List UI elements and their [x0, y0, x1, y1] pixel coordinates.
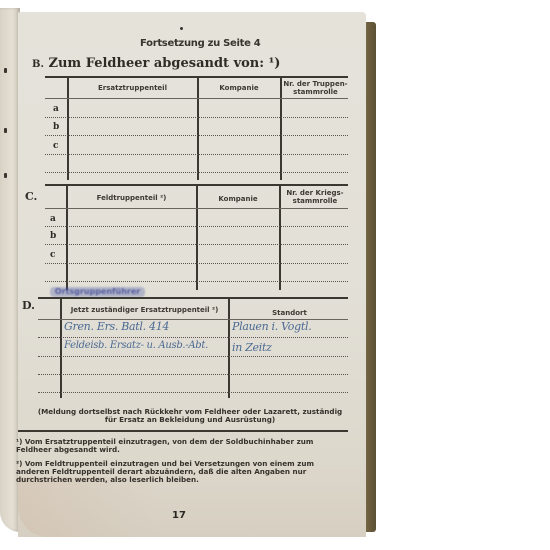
section-d-col-divider — [60, 298, 62, 398]
section-d-col-divider — [228, 298, 230, 398]
section-b-row-line[interactable] — [45, 135, 348, 136]
ink-mark — [4, 68, 7, 73]
section-b-title: B. Zum Feldheer abgesandt von: ¹) — [32, 56, 280, 71]
section-b-letter: B. — [32, 59, 44, 70]
section-b-col-unit: Ersatztruppenteil — [70, 84, 195, 92]
section-c-row-label: b — [50, 231, 56, 241]
ink-mark — [4, 128, 7, 133]
ink-mark — [4, 173, 7, 178]
section-b-row-line[interactable] — [45, 117, 348, 118]
page-number: 17 — [172, 510, 186, 521]
section-c-row-line[interactable] — [45, 244, 348, 245]
handwritten-location: Plauen i. Vogtl. — [232, 320, 311, 333]
section-b-col-divider — [197, 77, 199, 180]
footnote-rule — [18, 430, 348, 432]
continuation-heading: Fortsetzung zu Seite 4 — [140, 38, 260, 49]
section-c-col-divider — [66, 185, 68, 290]
section-d-letter: D. — [22, 299, 35, 312]
section-c-row-line[interactable] — [45, 226, 348, 227]
section-c-col-divider — [196, 185, 198, 290]
section-d-row-line[interactable] — [38, 374, 348, 375]
handwritten-unit: Gren. Ers. Batl. 414 — [64, 320, 169, 333]
ink-stamp: Ortsgruppenführer — [50, 287, 145, 297]
page-dot — [180, 27, 183, 30]
section-b-col-company: Kompanie — [200, 84, 278, 92]
section-c-row-label: a — [50, 214, 56, 224]
section-c-row-label: c — [50, 250, 55, 260]
section-c-row-line[interactable] — [45, 281, 348, 282]
section-c-col-company: Kompanie — [199, 195, 277, 203]
section-b-row-label: b — [53, 122, 59, 132]
section-b-row-line[interactable] — [45, 172, 348, 173]
section-d-top-rule — [38, 297, 348, 299]
section-d-footnote: (Meldung dortselbst nach Rückkehr vom Fe… — [32, 408, 348, 424]
section-b-header-rule — [45, 98, 348, 99]
section-c-header-rule — [45, 208, 348, 209]
section-b-col-divider — [280, 77, 282, 180]
section-d-row-line[interactable] — [38, 392, 348, 393]
handwritten-location: in Zeitz — [232, 341, 272, 354]
section-b-col-roll-number: Nr. der Truppen-stammrolle — [283, 80, 348, 96]
handwritten-unit: Feldeisb. Ersatz- u. Ausb.-Abt. — [64, 340, 208, 351]
section-b-heading: Zum Feldheer abgesandt von: ¹) — [48, 56, 280, 71]
section-d-col-location: Standort — [231, 309, 348, 317]
section-b-row-label: a — [53, 104, 59, 114]
section-c-row-line[interactable] — [45, 263, 348, 264]
section-b-row-label: c — [53, 141, 58, 151]
footnote-1: ¹) Vom Ersatztruppenteil einzutragen, vo… — [16, 438, 346, 454]
section-b-row-line[interactable] — [45, 154, 348, 155]
section-d-col-unit: Jetzt zuständiger Ersatztruppenteil ²) — [63, 306, 226, 314]
footnote-2: ²) Vom Feldtruppenteil einzutragen und b… — [16, 460, 346, 484]
section-c-col-roll-number: Nr. der Kriegs-stammrolle — [282, 189, 348, 205]
section-c-letter: C. — [25, 190, 37, 203]
section-c-col-unit: Feldtruppenteil ²) — [69, 194, 194, 202]
section-b-col-divider — [67, 77, 69, 180]
section-d-row-line[interactable] — [38, 356, 348, 357]
section-c-col-divider — [279, 185, 281, 290]
section-d-row-line[interactable] — [38, 337, 348, 338]
